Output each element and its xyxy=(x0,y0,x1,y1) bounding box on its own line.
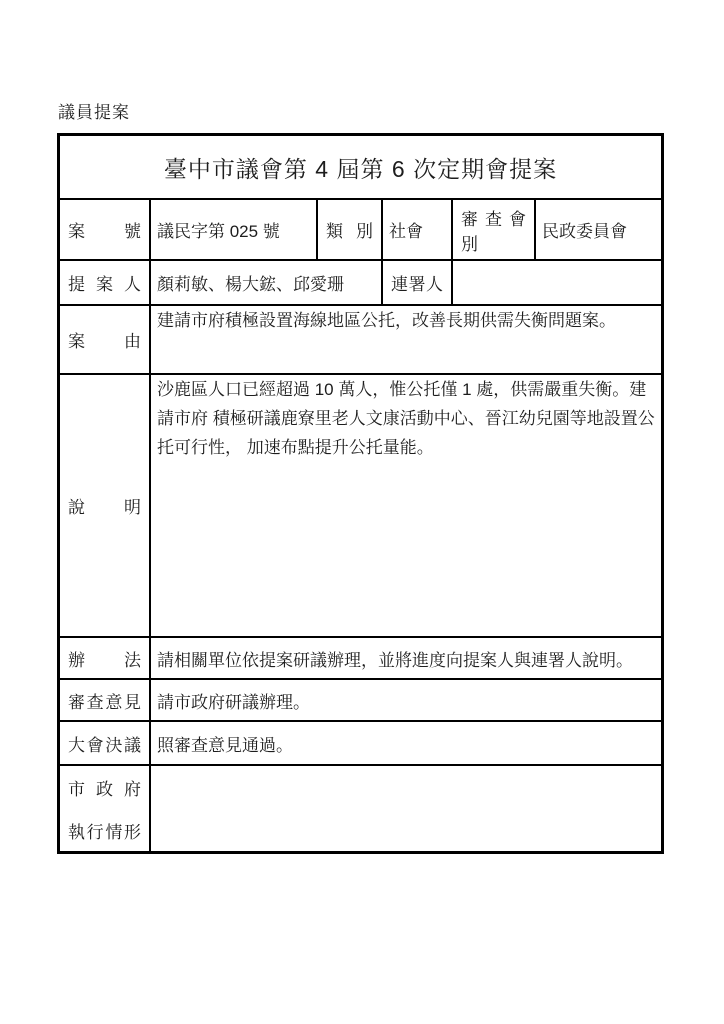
subject-label: 案由 xyxy=(60,304,149,373)
cosigners-label: 連署人 xyxy=(381,259,451,304)
review-opinion-value: 請市政府研議辦理。 xyxy=(149,678,661,720)
case-number-value: 議民字第 025 號 xyxy=(149,198,316,259)
proposers-value: 顏莉敏、楊大鋐、邱愛珊 xyxy=(149,259,381,304)
proposers-label: 提案人 xyxy=(60,259,149,304)
execution-label-line2: 執行情形 xyxy=(68,818,141,843)
assembly-resolution-value: 照審查意見通過。 xyxy=(149,720,661,764)
review-opinion-label: 審查意見 xyxy=(60,678,149,720)
case-number-label-text: 案號 xyxy=(68,217,141,242)
review-opinion-label-text: 審查意見 xyxy=(68,688,141,713)
execution-value xyxy=(149,764,661,851)
explanation-value: 沙鹿區人口已經超過 10 萬人，惟公托僅 1 處，供需嚴重失衡。建請市府 積極研… xyxy=(149,373,661,636)
cosigners-label-text: 連署人 xyxy=(391,270,443,295)
subject-label-text: 案由 xyxy=(68,327,141,352)
assembly-resolution-label: 大會決議 xyxy=(60,720,149,764)
document-page: 議員提案 臺中市議會第 4 屆第 6 次定期會提案 案號 議民字第 025 號 … xyxy=(0,0,724,1024)
method-value: 請相關單位依提案研議辦理，並將進度向提案人與連署人說明。 xyxy=(149,636,661,678)
assembly-resolution-label-text: 大會決議 xyxy=(68,731,141,756)
proposal-table: 臺中市議會第 4 屆第 6 次定期會提案 案號 議民字第 025 號 類別 社會… xyxy=(57,133,664,854)
method-label: 辦法 xyxy=(60,636,149,678)
review-committee-label: 審查會別 xyxy=(451,198,534,259)
execution-label-line1: 市政府 xyxy=(68,775,141,800)
table-title: 臺中市議會第 4 屆第 6 次定期會提案 xyxy=(60,136,661,198)
proposers-label-text: 提案人 xyxy=(68,270,141,295)
method-label-text: 辦法 xyxy=(68,646,141,671)
execution-label: 市政府 執行情形 xyxy=(60,764,149,851)
review-committee-value: 民政委員會 xyxy=(534,198,661,259)
header-note: 議員提案 xyxy=(58,103,130,123)
cosigners-value xyxy=(451,259,661,304)
category-label: 類別 xyxy=(316,198,381,259)
explanation-label-text: 說明 xyxy=(68,493,141,518)
category-value: 社會 xyxy=(381,198,451,259)
category-label-text: 類別 xyxy=(326,217,373,242)
review-committee-label-text: 審查會別 xyxy=(461,205,526,255)
subject-value: 建請市府積極設置海線地區公托，改善長期供需失衡問題案。 xyxy=(149,304,661,373)
case-number-label: 案號 xyxy=(60,198,149,259)
explanation-label: 說明 xyxy=(60,373,149,636)
